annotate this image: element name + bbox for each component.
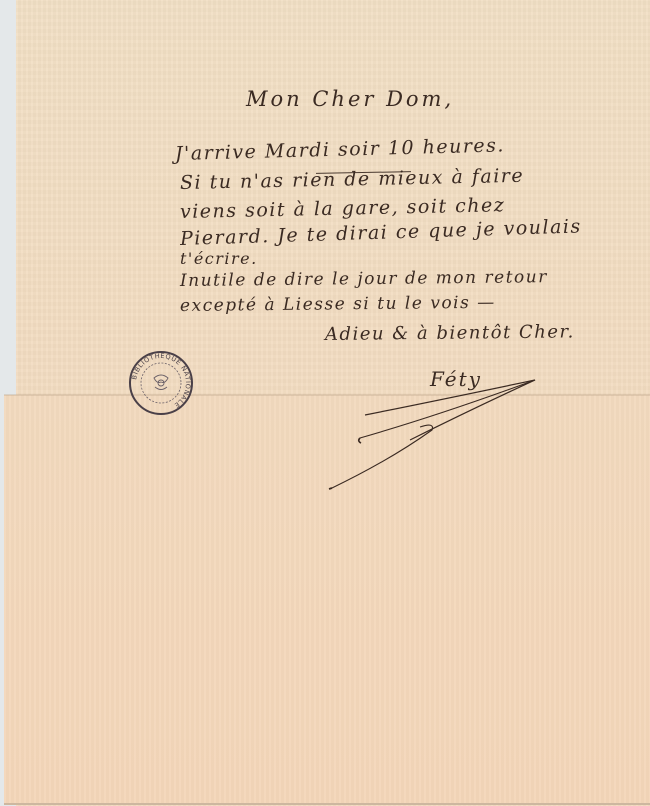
library-stamp-icon: BIBLIOTHÈQUE NATIONALE [128,350,194,416]
letter-line-5: t'écrire. [180,249,258,268]
salutation: Mon Cher Dom, [246,87,454,111]
letter-line-2: Si tu n'as rien de mieux à faire [180,165,525,194]
letter-line-1: J'arrive Mardi soir 10 heures. [175,134,505,165]
signature-flourish-icon [320,370,550,495]
letter-line-7: excepté à Liesse si tu le vois — [180,293,496,316]
letter-closing: Adieu & à bientôt Cher. [325,321,575,345]
letter-line-6: Inutile de dire le jour de mon retour [180,267,548,291]
